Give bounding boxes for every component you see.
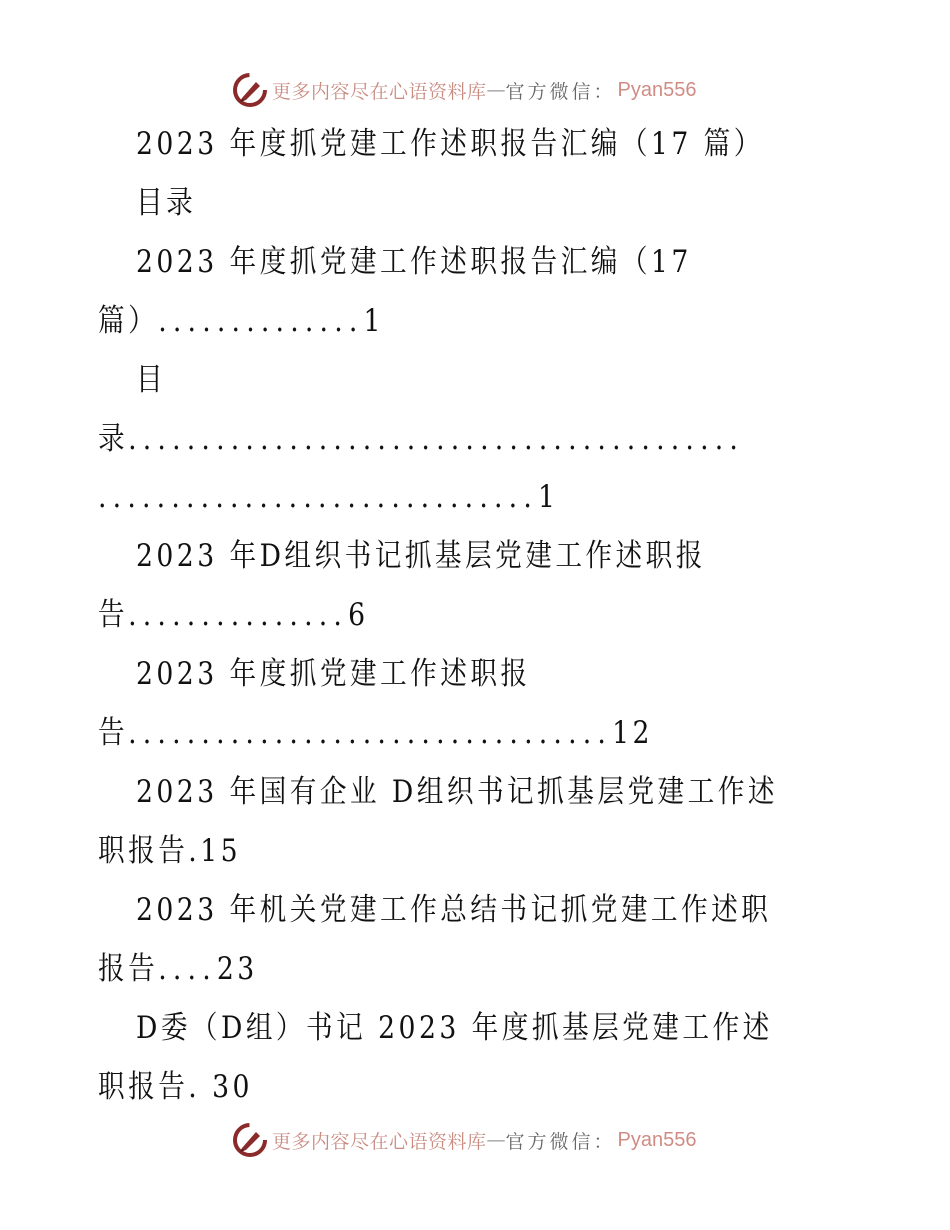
toc-entry-continuation[interactable]: 报告....23 bbox=[98, 949, 258, 989]
watermark-banner-top: 更多内容尽在心语资料库 — 官方微信： Pyan556 bbox=[232, 70, 697, 110]
watermark-dash: — bbox=[487, 79, 506, 101]
document-title: 2023 年度抓党建工作述职报告汇编（17 篇） bbox=[136, 124, 764, 164]
toc-entry-title[interactable]: 2023 年D组织书记抓基层党建工作述职报 bbox=[136, 536, 706, 576]
toc-page-number: 12 bbox=[612, 715, 653, 751]
toc-page-number: 1 bbox=[538, 479, 558, 515]
watermark-wechat-id: Pyan556 bbox=[618, 79, 697, 102]
toc-entry-continuation[interactable]: 篇）..............1 bbox=[98, 301, 384, 341]
toc-entry-title[interactable]: 2023 年度抓党建工作述职报 bbox=[136, 654, 531, 694]
watermark-banner-bottom: 更多内容尽在心语资料库 — 官方微信： Pyan556 bbox=[232, 1120, 697, 1160]
toc-page-number: 30 bbox=[212, 1069, 253, 1105]
toc-page-number: 6 bbox=[348, 597, 368, 633]
watermark-site-text: 更多内容尽在心语资料库 bbox=[272, 1127, 487, 1154]
watermark-wechat-label: 官方微信： bbox=[506, 77, 616, 104]
pen-logo-icon bbox=[232, 1122, 268, 1158]
toc-entry-continuation[interactable]: 职报告.15 bbox=[98, 831, 241, 871]
toc-entry-continuation[interactable]: 告...............6 bbox=[98, 595, 369, 635]
toc-entry-title[interactable]: 2023 年机关党建工作总结书记抓党建工作述职 bbox=[136, 890, 771, 930]
toc-page-number: 1 bbox=[364, 303, 384, 339]
toc-entry-title[interactable]: D委（D组）书记 2023 年度抓基层党建工作述 bbox=[136, 1008, 773, 1048]
toc-page-number: 15 bbox=[200, 833, 241, 869]
toc-entry-continuation[interactable]: 职报告. 30 bbox=[98, 1067, 253, 1107]
toc-entry-continuation[interactable]: 录.......................................… bbox=[98, 419, 744, 459]
pen-logo-icon bbox=[232, 72, 268, 108]
watermark-wechat-id: Pyan556 bbox=[618, 1129, 697, 1152]
watermark-wechat-label: 官方微信： bbox=[506, 1127, 616, 1154]
watermark-site-text: 更多内容尽在心语资料库 bbox=[272, 77, 487, 104]
toc-entry-continuation[interactable]: 告.................................12 bbox=[98, 713, 653, 753]
toc-entry-title[interactable]: 目 bbox=[136, 360, 166, 400]
toc-entry-title[interactable]: 2023 年国有企业 D组织书记抓基层党建工作述 bbox=[136, 772, 778, 812]
toc-heading: 目录 bbox=[136, 183, 196, 223]
watermark-dash: — bbox=[487, 1129, 506, 1151]
toc-page-number: 23 bbox=[217, 951, 258, 987]
toc-entry-continuation[interactable]: ..............................1 bbox=[98, 477, 558, 517]
toc-entry-title[interactable]: 2023 年度抓党建工作述职报告汇编（17 bbox=[136, 242, 692, 282]
